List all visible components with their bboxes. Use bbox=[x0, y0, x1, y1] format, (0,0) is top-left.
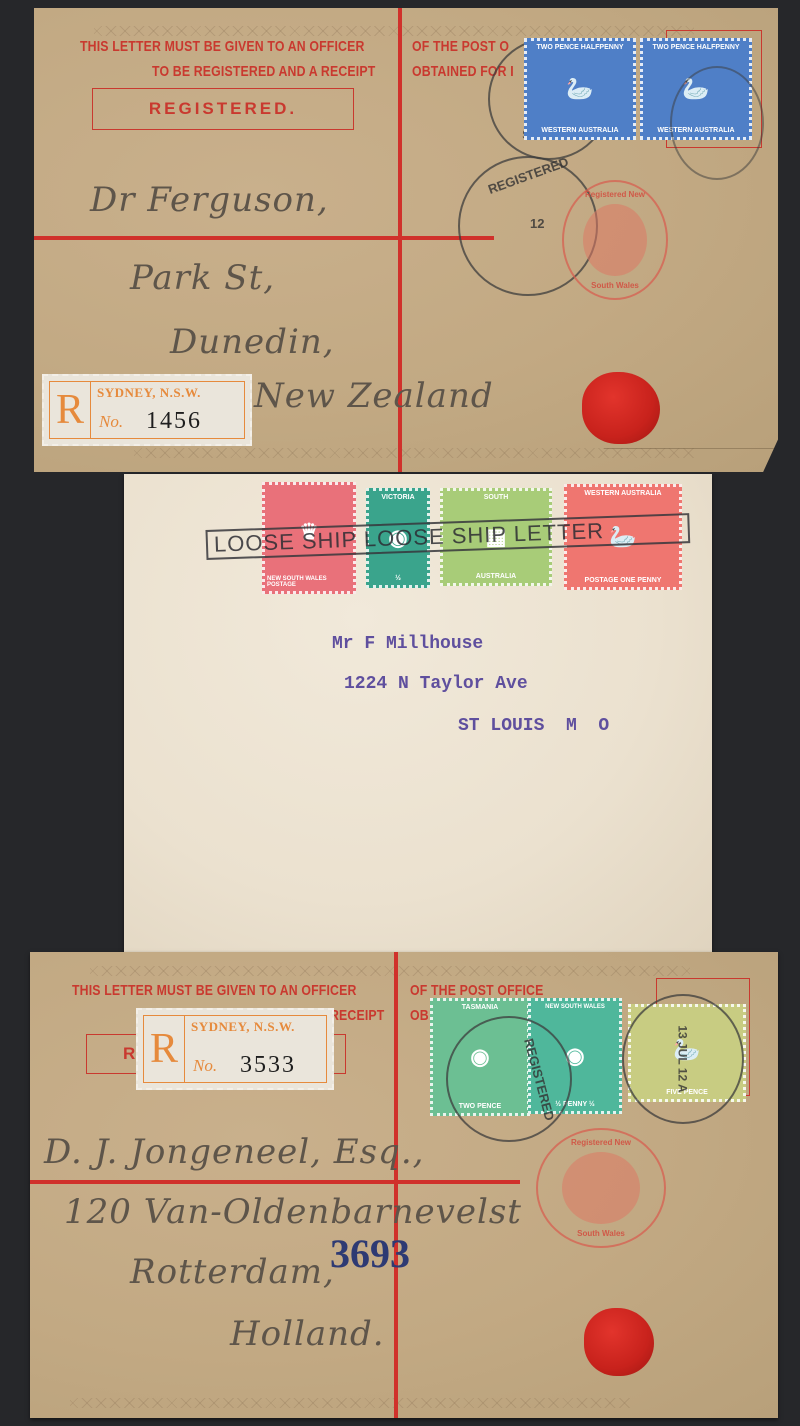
address-line-3: Dunedin, bbox=[170, 322, 335, 362]
instruction-text-right-1: of the Post Office bbox=[410, 982, 543, 999]
embossed-threepence-indicium: Registered New South Wales bbox=[536, 1128, 666, 1248]
address-line-2: 120 Van-Oldenbarnevelst bbox=[64, 1192, 522, 1232]
registered-cover-rotterdam: This Letter must be given to an Officer … bbox=[30, 952, 778, 1418]
dated-postmark: 13 JUL 12 A bbox=[622, 994, 744, 1124]
registration-cross-vertical bbox=[394, 952, 398, 1418]
address-line-3: Rotterdam, bbox=[130, 1252, 335, 1292]
address-line-1: Mr F Millhouse bbox=[332, 634, 483, 654]
registration-label: R SYDNEY, N.S.W. No. 3533 bbox=[136, 1008, 334, 1090]
registered-cover-dunedin: This Letter must be given to an Officer … bbox=[34, 8, 778, 472]
wax-seal bbox=[584, 1308, 654, 1376]
instruction-text-right-2: ob bbox=[410, 1007, 429, 1024]
registration-cross-horizontal bbox=[30, 1180, 520, 1184]
registered-postmark: REGISTERED bbox=[446, 1016, 572, 1142]
registration-cross-horizontal bbox=[34, 236, 494, 240]
registration-number: 3533 bbox=[240, 1052, 296, 1079]
stamp-wa-swan-1: Two Pence Halfpenny 🦢 Western Australia bbox=[524, 38, 636, 140]
loose-ship-letter-cover: ♛ New South Wales Postage Victoria ◉ ½ S… bbox=[124, 474, 712, 952]
address-line-3: ST LOUIS M O bbox=[458, 716, 609, 736]
blue-handstamp-number: 3693 bbox=[330, 1230, 410, 1277]
address-line-1: D. J. Jongeneel, Esq., bbox=[44, 1132, 424, 1172]
instruction-text-left-2: to be Registered and a Receipt bbox=[152, 63, 375, 80]
registration-number: 1456 bbox=[146, 408, 202, 435]
instruction-text-right-1: of the Post O bbox=[412, 38, 509, 55]
address-line-4: Holland. bbox=[230, 1314, 385, 1354]
queen-head-icon bbox=[562, 1152, 640, 1224]
partial-postmark bbox=[670, 66, 764, 180]
address-line-2: 1224 N Taylor Ave bbox=[344, 674, 528, 694]
swan-icon: 🦢 bbox=[529, 51, 631, 127]
instruction-text-left-2: Receipt bbox=[330, 1007, 384, 1024]
address-line-1: Dr Ferguson, bbox=[90, 180, 329, 220]
instruction-text-left-1: This Letter must be given to an Officer bbox=[80, 38, 365, 55]
registration-label: R SYDNEY, N.S.W. No. 1456 bbox=[42, 374, 252, 446]
registered-box: REGISTERED. bbox=[92, 88, 354, 130]
wax-seal bbox=[582, 372, 660, 444]
envelope-edge-pattern bbox=[70, 1398, 630, 1408]
envelope-edge-pattern bbox=[90, 966, 690, 976]
envelope-edge-pattern bbox=[134, 448, 694, 458]
address-line-4: New Zealand bbox=[254, 376, 494, 416]
envelope-edge-pattern bbox=[94, 26, 694, 36]
address-line-2: Park St, bbox=[130, 258, 275, 298]
instruction-text-left-1: This Letter must be given to an Officer bbox=[72, 982, 357, 999]
